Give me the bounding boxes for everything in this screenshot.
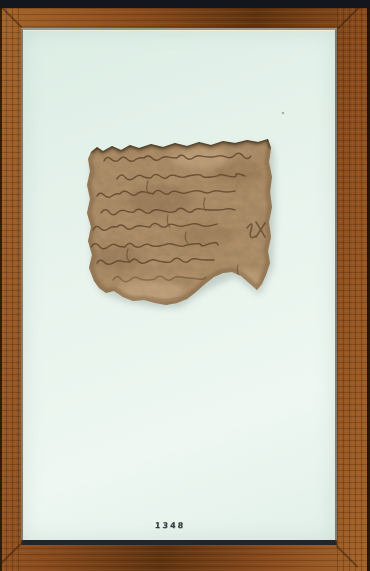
framed-papyrus-photograph: 1348: [0, 0, 370, 571]
wooden-frame-right-grain: [337, 8, 370, 571]
wooden-frame-left-grain: [0, 8, 21, 571]
photo-top-black-band: [0, 0, 370, 8]
photo-left-dark-edge: [0, 8, 2, 571]
mat-board: [21, 28, 337, 545]
catalog-number: 1348: [144, 521, 197, 530]
